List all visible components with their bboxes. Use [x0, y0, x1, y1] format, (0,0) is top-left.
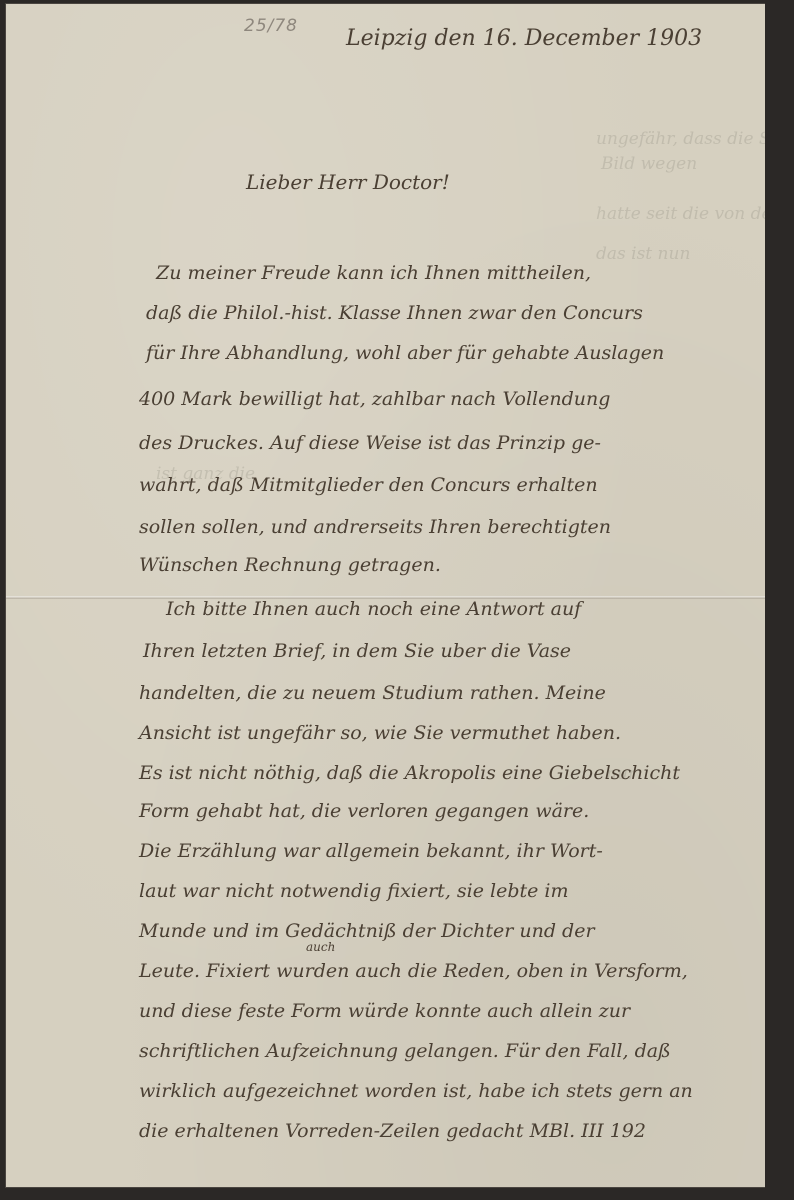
letter-line: Leute. Fixiert wurden auch die Reden, ob… [139, 960, 688, 982]
letter-line: 400 Mark bewilligt hat, zahlbar nach Vol… [139, 388, 610, 410]
letter-line: sollen sollen, und andrerseits Ihren ber… [139, 516, 611, 538]
letter-line: und diese feste Form würde konnte auch a… [139, 1000, 630, 1022]
letter-line: wahrt, daß Mitmitglieder den Concurs erh… [139, 474, 598, 496]
letter-line: für Ihre Abhandlung, wohl aber für gehab… [146, 342, 664, 364]
salutation: Lieber Herr Doctor! [246, 170, 450, 194]
letter-line: des Druckes. Auf diese Weise ist das Pri… [139, 432, 601, 454]
letter-line: Ich bitte Ihnen auch noch eine Antwort a… [166, 598, 581, 620]
letter-line: Zu meiner Freude kann ich Ihnen mittheil… [156, 262, 591, 284]
letter-line: schriftlichen Aufzeichnung gelangen. Für… [139, 1040, 671, 1062]
letter-line: Ihren letzten Brief, in dem Sie uber die… [143, 640, 571, 662]
bleed-through-text: hatte seit die von den [596, 204, 783, 224]
letter-line: Es ist nicht nöthig, daß die Akropolis e… [139, 762, 680, 784]
interlinear-insertion: auch [306, 940, 335, 954]
letter-line: daß die Philol.-hist. Klasse Ihnen zwar … [146, 302, 643, 324]
scan-background-edge [765, 0, 794, 1200]
letter-line: Munde und im Gedächtniß der Dichter und … [139, 920, 595, 942]
bleed-through-text: das ist nun [596, 244, 690, 264]
letter-line: die erhaltenen Vorreden-Zeilen gedacht M… [139, 1120, 646, 1142]
letter-line: Wünschen Rechnung getragen. [139, 554, 441, 576]
letter-line: wirklich aufgezeichnet worden ist, habe … [139, 1080, 693, 1102]
letter-line: Form gehabt hat, die verloren gegangen w… [139, 800, 589, 822]
letter-line: Ansicht ist ungefähr so, wie Sie vermuth… [139, 722, 621, 744]
letter-line: Die Erzählung war allgemein bekannt, ihr… [139, 840, 603, 862]
bleed-through-text: Bild wegen [601, 154, 697, 174]
letter-page: ungefähr, dass die Strasse Schlüssel Bil… [6, 4, 765, 1187]
archive-number: 25/78 [244, 16, 298, 36]
place-and-date: Leipzig den 16. December 1903 [346, 26, 702, 51]
letter-line: laut war nicht notwendig fixiert, sie le… [139, 880, 569, 902]
letter-line: handelten, die zu neuem Studium rathen. … [139, 682, 606, 704]
